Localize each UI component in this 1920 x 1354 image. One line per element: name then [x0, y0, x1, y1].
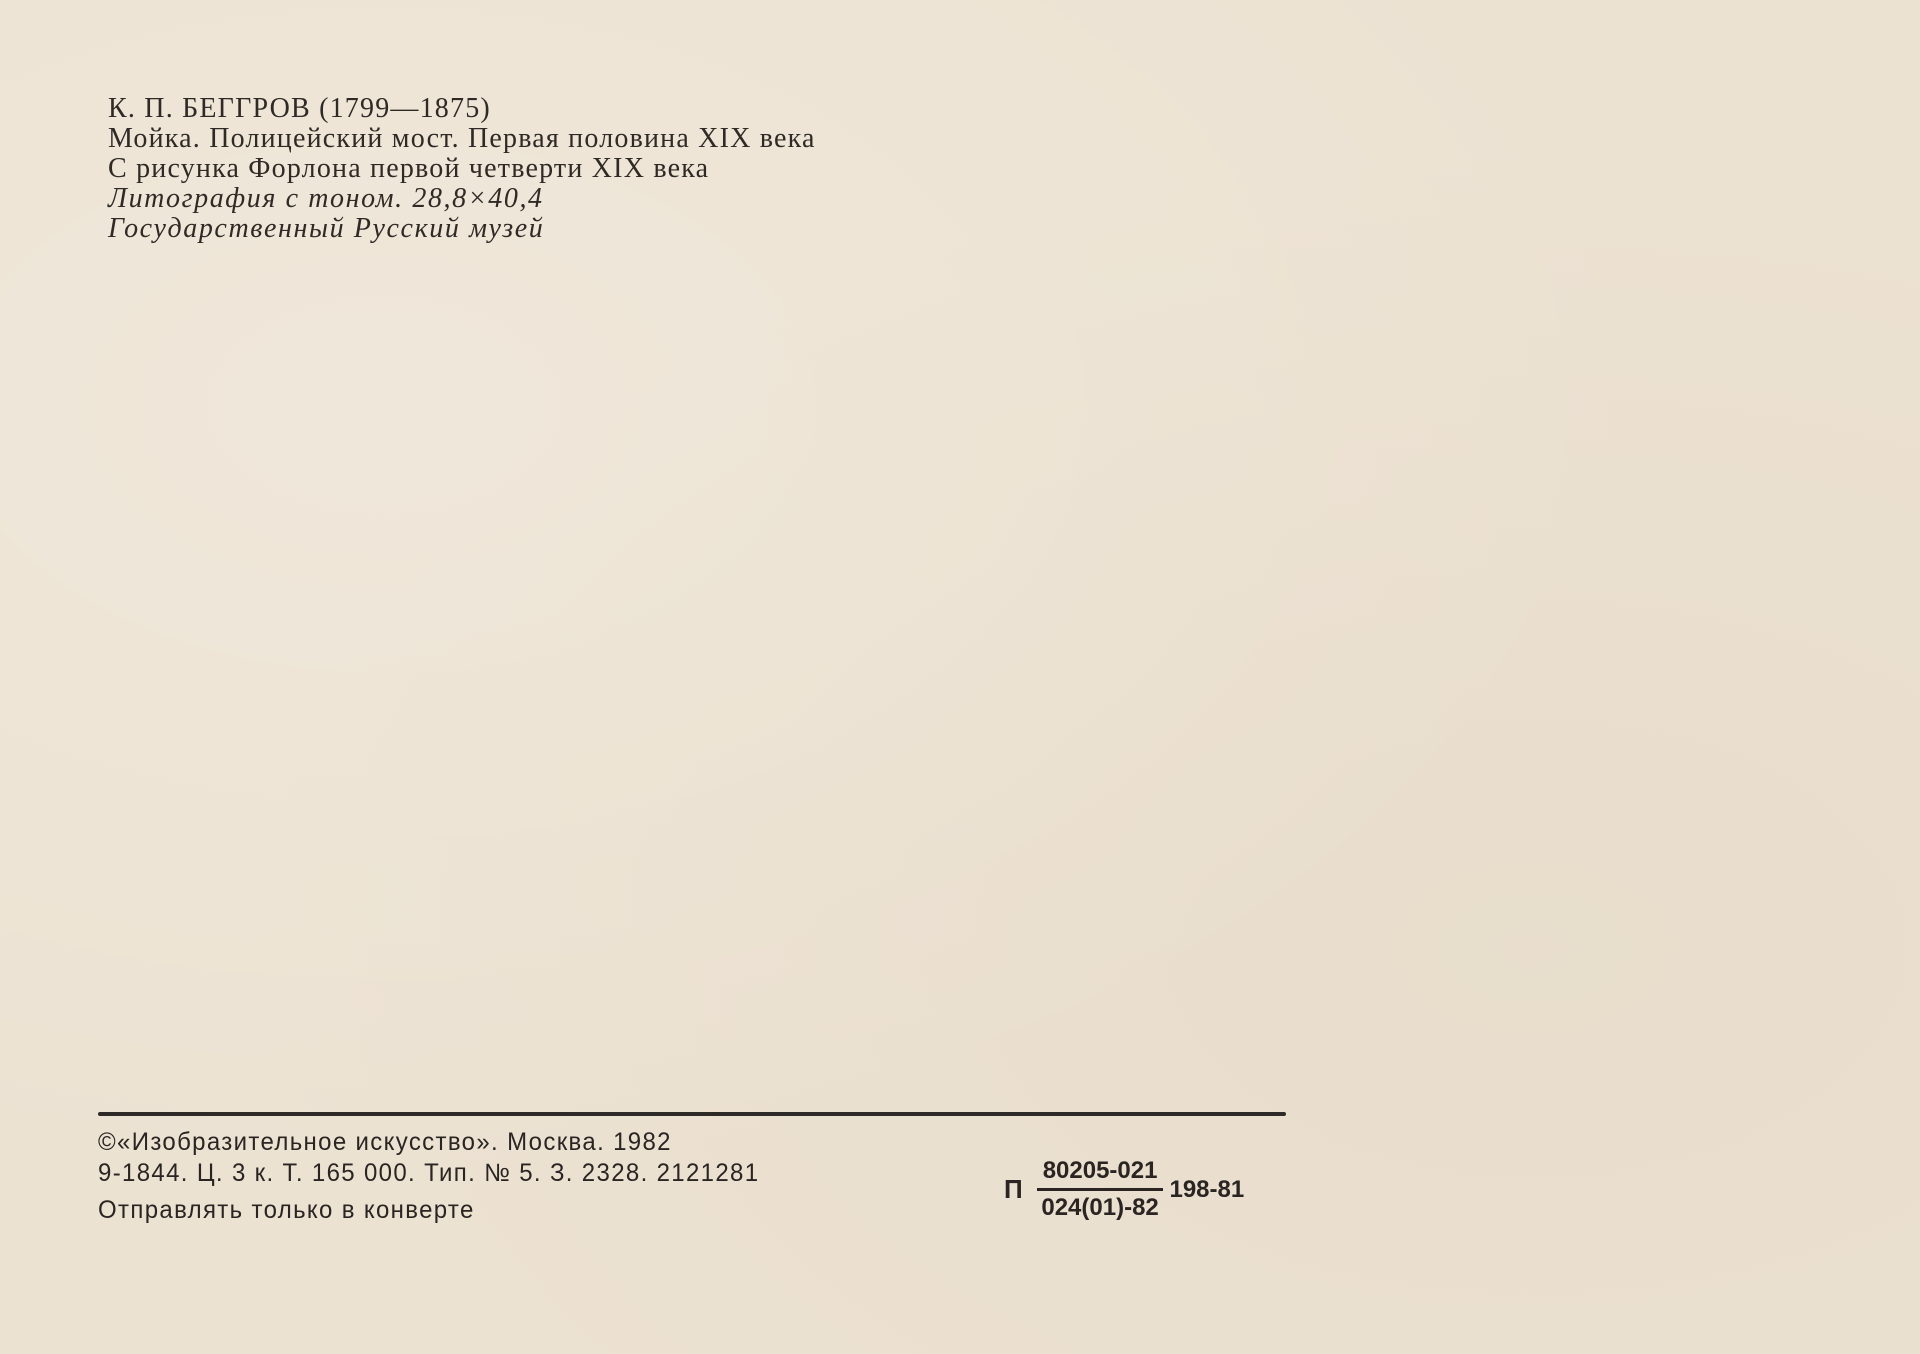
- publisher-line: ©«Изобразительное искусство». Москва. 19…: [98, 1127, 759, 1158]
- artwork-title: Мойка. Полицейский мост. Первая половина…: [108, 124, 816, 154]
- divider-rule: [98, 1112, 1286, 1116]
- index-denominator: 024(01)-82: [1041, 1191, 1158, 1221]
- museum-name: Государственный Русский музей: [108, 214, 816, 244]
- artwork-source: С рисунка Форлона первой четверти XIX ве…: [108, 154, 816, 184]
- index-fraction: 80205-021 024(01)-82: [1037, 1158, 1164, 1221]
- artwork-caption: К. П. БЕГГРОВ (1799—1875) Мойка. Полицей…: [108, 94, 816, 244]
- catalog-index: П 80205-021 024(01)-82 198-81: [1004, 1158, 1244, 1221]
- publisher-imprint: ©«Изобразительное искусство». Москва. 19…: [98, 1127, 759, 1226]
- artwork-technique: Литография с тоном. 28,8×40,4: [108, 184, 816, 214]
- print-info-line: 9-1844. Ц. 3 к. Т. 165 000. Тип. № 5. З.…: [98, 1158, 759, 1189]
- index-code: 198-81: [1169, 1176, 1244, 1204]
- index-prefix: П: [1004, 1174, 1023, 1205]
- index-numerator: 80205-021: [1037, 1158, 1164, 1191]
- artist-name: К. П. БЕГГРОВ (1799—1875): [108, 94, 816, 124]
- mailing-note: Отправлять только в конверте: [98, 1195, 759, 1226]
